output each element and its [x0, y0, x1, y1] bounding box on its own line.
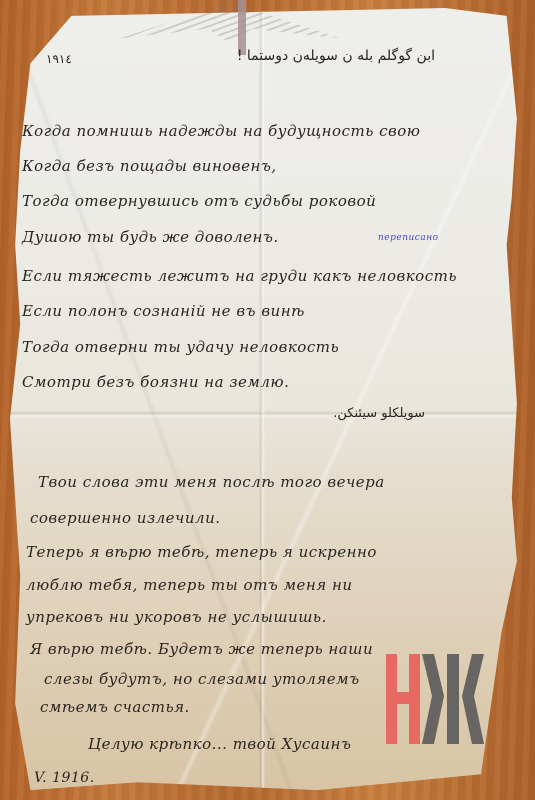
watermark-letter-zh: Ж [422, 654, 484, 744]
poem-line: Если полонъ сознаній не въ винѣ [22, 302, 305, 320]
poem-line: Тогда отвернувшись отъ судьбы роковой [22, 192, 376, 210]
letter-line: совершенно излечили. [30, 509, 221, 527]
letter-closing: Целую крѣпко... твой Хусаинъ [88, 735, 351, 753]
watermark-letter-n: Н [386, 654, 420, 744]
poem-line: Тогда отверни ты удачу неловкость [22, 338, 339, 356]
letter-line: Теперь я вѣрю тебѣ, теперь я искренно [26, 543, 377, 561]
header-date: ١٩١٤ [46, 52, 72, 66]
poem-line: Смотри безъ боязни на землю. [22, 373, 289, 391]
letter-line: слезы будутъ, но слезами утоляемъ [44, 670, 360, 688]
letter-date-mark: V. 1916. [34, 770, 95, 786]
letter-line: упрековъ ни укоровъ не услышишь. [26, 608, 327, 626]
watermark-logo: Н Ж [386, 654, 484, 744]
poem-line: Душою ты будь же доволенъ. [22, 228, 279, 246]
margin-note-blue: переписано [378, 233, 439, 243]
letter-line: смѣемъ счастья. [40, 698, 190, 716]
letter-line: люблю тебя, теперь ты отъ меня ни [26, 576, 353, 594]
stamp-tape-strip [238, 0, 246, 55]
letter-line: Я вѣрю тебѣ. Будетъ же теперь наши [30, 640, 373, 658]
poem-line: Если тяжесть лежитъ на груди какъ неловк… [22, 267, 457, 285]
poem-line: Когда помнишь надежды на будущность свою [22, 122, 421, 140]
header-arabic-line: ابن گوگلم بلە ن سويلەن دوستما ! [145, 48, 435, 64]
signature-arabic: سويلكلو سيئنكن. [235, 406, 425, 421]
letter-line: Твои слова эти меня послѣ того вечера [38, 473, 385, 491]
poem-line: Когда безъ пощады виновенъ, [22, 157, 277, 175]
